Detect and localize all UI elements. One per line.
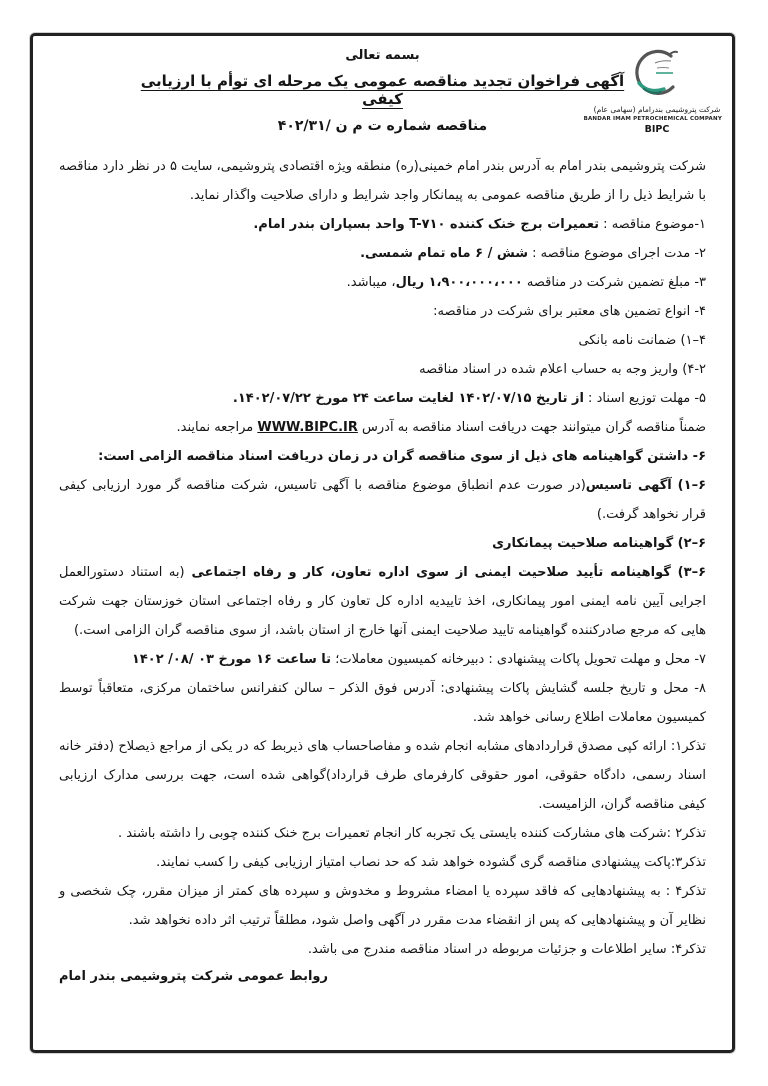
- remark-3: تذکر۳:پاکت پیشنهادی مناقصه گری گشوده خوا…: [59, 848, 706, 877]
- company-logo: شرکت پتروشیمی بندرامام (سهامی عام) BANDA…: [592, 44, 722, 135]
- item-6-required-certificates: ۶- داشتن گواهینامه های ذیل از سوی مناقصه…: [59, 442, 706, 471]
- item-7-proposal-delivery: ۷- محل و مهلت تحویل پاکات پیشنهادی : دبی…: [59, 645, 706, 674]
- item-2-duration: ۲- مدت اجرای موضوع مناقصه : شش / ۶ ماه ت…: [59, 239, 706, 268]
- item-6-3-safety-certificate: ۶–۳) گواهینامه تأیید صلاحیت ایمنی از سوی…: [59, 558, 706, 645]
- document-header: شرکت پتروشیمی بندرامام (سهامی عام) BANDA…: [59, 48, 706, 144]
- item-8-opening-session: ۸- محل و تاریخ جلسه گشایش پاکات پیشنهادی…: [59, 674, 706, 732]
- item-1-subject: ۱-موضوع مناقصه : تعمیرات برج خنک کننده T…: [59, 210, 706, 239]
- item-5-document-distribution: ۵- مهلت توزیع اسناد : از تاریخ ۱۴۰۲/۰۷/۱…: [59, 384, 706, 413]
- remark-2: تذکر۲ :شرکت های مشارکت کننده بایستی یک ت…: [59, 819, 706, 848]
- document-body: شرکت پتروشیمی بندر امام به آدرس بندر اما…: [59, 152, 706, 964]
- item-6-1-establishment-notice: ۶–۱) آگهی تاسیس(در صورت عدم انطباق موضوع…: [59, 471, 706, 529]
- remark-5: تذکر۴: سایر اطلاعات و جزئیات مربوطه در ا…: [59, 935, 706, 964]
- intro-paragraph: شرکت پتروشیمی بندر امام به آدرس بندر اما…: [59, 152, 706, 210]
- company-name-en: BANDAR IMAM PETROCHEMICAL COMPANY: [592, 116, 722, 123]
- item-6-2-contractor-qualification: ۶–۲) گواهینامه صلاحیت پیمانکاری: [59, 529, 706, 558]
- item-4-2-cash-deposit: ۴-۲) واریز وجه به حساب اعلام شده در اسنا…: [59, 355, 706, 384]
- item-4-guarantee-types: ۴- انواع تضمین های معتبر برای شرکت در من…: [59, 297, 706, 326]
- item-3-guarantee-amount: ۳- مبلغ تضمین شرکت در مناقصه ۱،۹۰۰،۰۰۰،۰…: [59, 268, 706, 297]
- website-link[interactable]: WWW.BIPC.IR: [257, 420, 358, 435]
- note-website: ضمناً مناقصه گران میتوانند جهت دریافت اس…: [59, 413, 706, 442]
- company-name-fa: شرکت پتروشیمی بندرامام (سهامی عام): [592, 105, 722, 114]
- company-logo-mark: [626, 44, 688, 104]
- page-title: آگهی فراخوان تجدید مناقصه عمومی یک مرحله…: [129, 72, 636, 108]
- company-pr-signature: روابط عمومی شرکت پتروشیمی بندر امام: [59, 969, 706, 984]
- item-4-1-bank-guarantee: ۴–۱) ضمانت نامه بانکی: [59, 326, 706, 355]
- remark-1: تذکر۱: ارائه کپی مصدق قراردادهای مشابه ا…: [59, 732, 706, 819]
- remark-4: تذکر۴ : به پیشنهادهایی که فاقد سپرده یا …: [59, 877, 706, 935]
- document-frame: شرکت پتروشیمی بندرامام (سهامی عام) BANDA…: [30, 33, 735, 1053]
- company-abbr: BIPC: [592, 124, 722, 135]
